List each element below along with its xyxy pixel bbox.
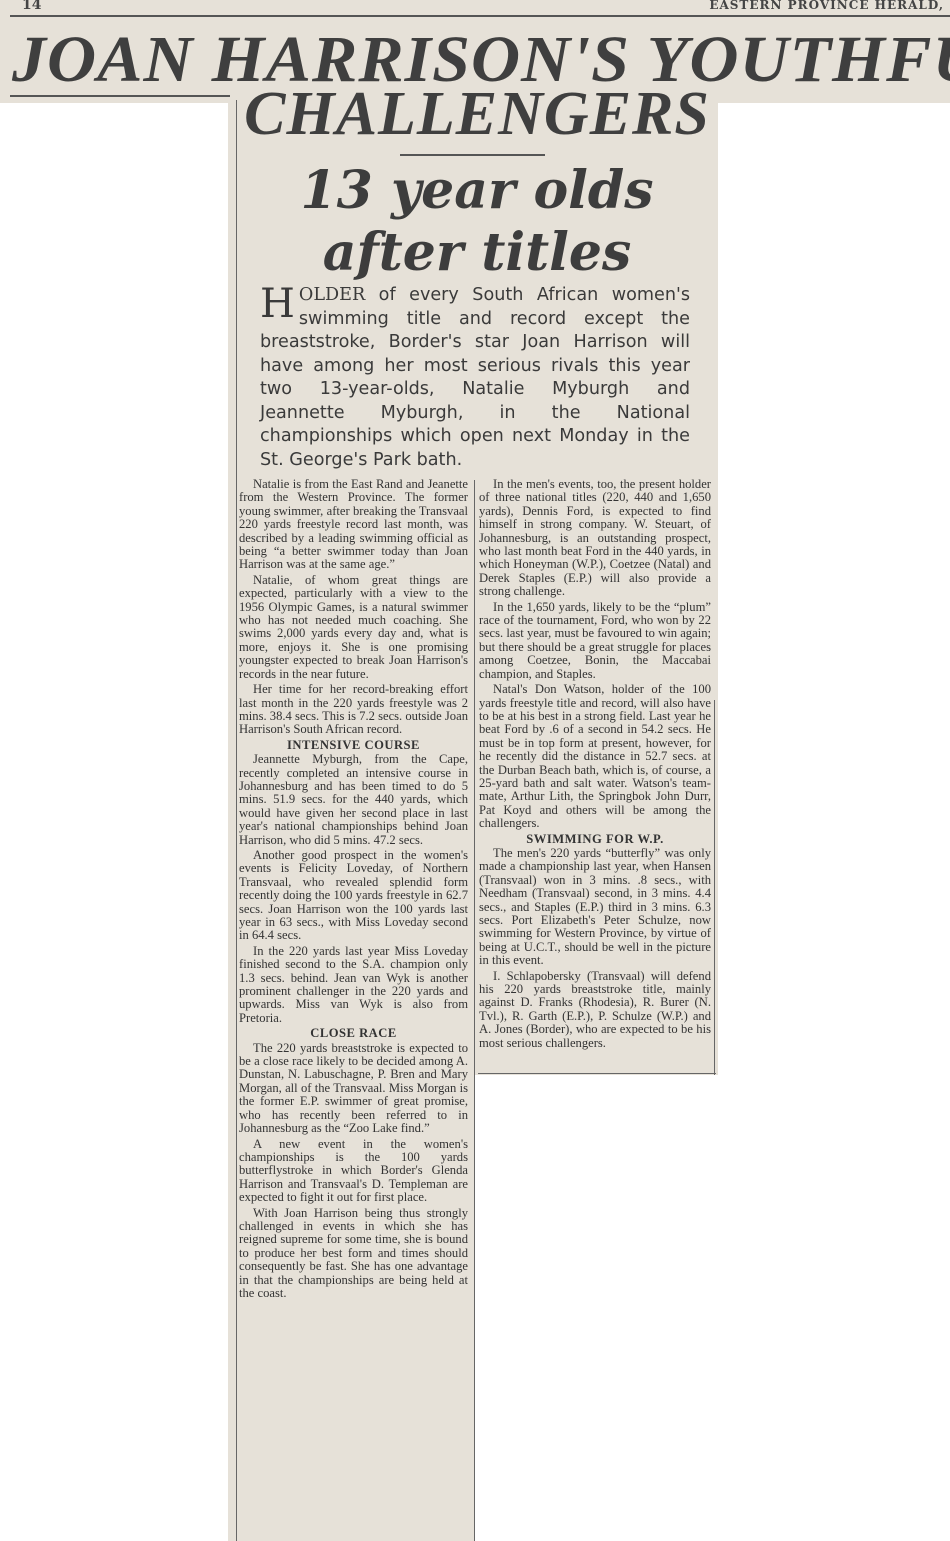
headline-left-rule	[10, 95, 230, 97]
paragraph: Her time for her record-breaking effort …	[239, 683, 468, 737]
page-number: 14	[22, 0, 41, 13]
section-heading: SWIMMING FOR W.P.	[479, 833, 711, 846]
paragraph: Natalie is from the East Rand and Jeanet…	[239, 478, 468, 572]
left-border-rule	[236, 100, 237, 1541]
paragraph: Natal's Don Watson, holder of the 100 ya…	[479, 683, 711, 830]
headline-line-2: CHALLENGERS	[232, 78, 722, 150]
lede-caps: OLDER	[299, 285, 365, 305]
paragraph: In the men's events, too, the present ho…	[479, 478, 711, 599]
newspaper-name: EASTERN PROVINCE HERALD,	[709, 0, 944, 12]
paragraph: Natalie, of whom great things are expect…	[239, 574, 468, 681]
right-column: In the men's events, too, the present ho…	[479, 478, 711, 1052]
subheadline-line-1: 13 year olds	[232, 160, 722, 222]
paragraph: I. Schlapobersky (Transvaal) will defend…	[479, 970, 711, 1050]
right-border-rule	[714, 700, 715, 1075]
headline-divider	[400, 154, 545, 156]
paragraph: The men's 220 yards “butterfly” was only…	[479, 847, 711, 968]
paragraph: With Joan Harrison being thus strongly c…	[239, 1207, 468, 1301]
paragraph: In the 220 yards last year Miss Loveday …	[239, 945, 468, 1025]
section-heading: CLOSE RACE	[239, 1027, 468, 1040]
paragraph: The 220 yards breaststroke is expected t…	[239, 1042, 468, 1136]
subheadline: 13 year olds after titles	[232, 160, 722, 284]
paragraph: In the 1,650 yards, likely to be the “pl…	[479, 601, 711, 681]
paragraph: Jeannette Myburgh, from the Cape, recent…	[239, 753, 468, 847]
section-heading: INTENSIVE COURSE	[239, 739, 468, 752]
subheadline-line-2: after titles	[232, 222, 722, 284]
lede-paragraph: HOLDER of every South African women's sw…	[260, 284, 690, 472]
paragraph: Another good prospect in the women's eve…	[239, 849, 468, 943]
column-end-rule	[478, 1073, 716, 1074]
blank-area	[475, 1075, 950, 1541]
top-rule	[10, 15, 950, 17]
left-column: Natalie is from the East Rand and Jeanet…	[239, 478, 468, 1302]
paragraph: A new event in the women's championships…	[239, 1138, 468, 1205]
lede-text: of every South African women's swimming …	[260, 285, 690, 470]
drop-cap: H	[260, 286, 295, 322]
